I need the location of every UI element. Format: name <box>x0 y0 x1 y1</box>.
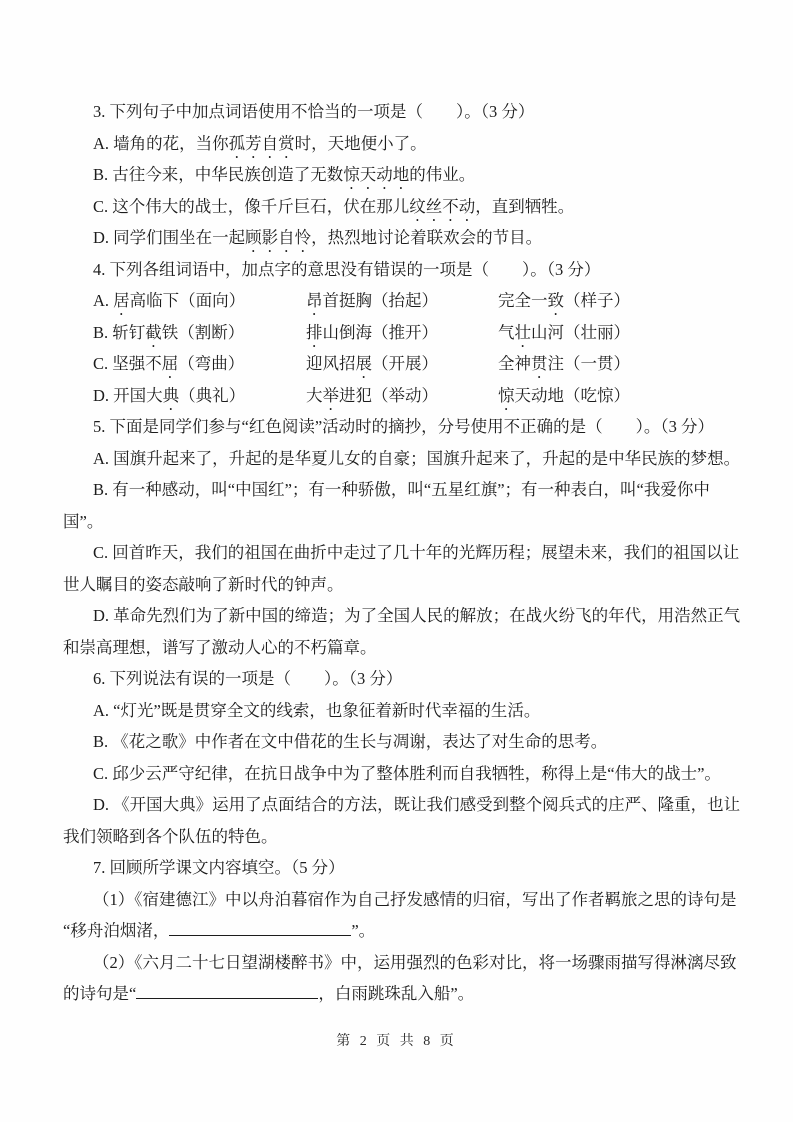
q6-option-b: B. 《花之歌》中作者在文中借花的生长与凋谢，表达了对生命的思考。 <box>63 726 753 758</box>
q5-option-b-line1: B. 有一种感动，叫“中国红”；有一种骄傲，叫“五星红旗”；有一种表白，叫“我爱… <box>63 474 753 506</box>
dotted-term: 壮 <box>515 323 532 342</box>
dotted-term: 纹丝不动 <box>409 197 475 216</box>
dotted-term: 居 <box>113 291 130 310</box>
q5-option-d-line1: D. 革命先烈们为了新中国的缔造；为了全国人民的解放；在战火纷飞的年代，用浩然正… <box>63 600 753 632</box>
q4-option-c: C. 坚强不屈（弯曲）迎风招展（开展）全神贯注（一贯） <box>63 348 753 380</box>
exam-page: 3. 下列句子中加点词语使用不恰当的一项是（ ）。（3 分）A. 墙角的花，当你… <box>0 0 793 1122</box>
q7-item2-line1: （2）《六月二十七日望湖楼醉书》中，运用强烈的色彩对比，将一场骤雨描写得淋漓尽致 <box>63 947 753 979</box>
q7-item2-line2: 的诗句是“，白雨跳珠乱入船”。 <box>63 978 753 1010</box>
q6-option-d-line1: D. 《开国大典》运用了点面结合的方法，既让我们感受到整个阅兵式的庄严、隆重，也… <box>63 789 753 821</box>
dotted-term: 屈 <box>162 354 179 373</box>
q3-option-b: B. 古往今来，中华民族创造了无数惊天动地的伟业。 <box>63 159 753 191</box>
q7-stem: 7. 回顾所学课文内容填空。（5 分） <box>63 852 753 884</box>
dotted-term: 惊天动地 <box>343 165 409 184</box>
q4-option-d: D. 开国大典（典礼）大举进犯（举动）惊天动地（吃惊） <box>63 380 753 412</box>
q5-option-a: A. 国旗升起来了，升起的是华夏儿女的自豪；国旗升起来了，升起的是中华民族的梦想… <box>63 443 753 475</box>
q4-option-b: B. 斩钉截铁（割断）排山倒海（推开）气壮山河（壮丽） <box>63 317 753 349</box>
q5-option-b-line2: 国”。 <box>63 506 753 538</box>
q7-item1-line2: “移舟泊烟渚，”。 <box>63 915 753 947</box>
answer-blank <box>136 982 318 1000</box>
q6-option-a: A. “灯光”既是贯穿全文的线索，也象征着新时代幸福的生活。 <box>63 695 753 727</box>
dotted-term: 惊 <box>498 386 515 405</box>
dotted-term: 致 <box>548 291 565 310</box>
q5-option-c-line2: 世人瞩目的姿态敲响了新时代的钟声。 <box>63 569 753 601</box>
q3-option-a: A. 墙角的花，当你孤芳自赏时，天地便小了。 <box>63 128 753 160</box>
q3-option-d: D. 同学们围坐在一起顾影自怜，热烈地讨论着联欢会的节目。 <box>63 222 753 254</box>
dotted-term: 截 <box>145 323 162 342</box>
q6-option-d-line2: 我们领略到各个队伍的特色。 <box>63 821 753 853</box>
q4-option-a: A. 居高临下（面向）昂首挺胸（抬起）完全一致（样子） <box>63 285 753 317</box>
q5-option-d-line2: 和崇高理想，谱写了激动人心的不朽篇章。 <box>63 632 753 664</box>
q5-stem: 5. 下面是同学们参与“红色阅读”活动时的摘抄，分号使用不正确的是（ ）。（3 … <box>63 411 753 443</box>
dotted-term: 孤芳自赏 <box>229 134 295 153</box>
q3-stem: 3. 下列句子中加点词语使用不恰当的一项是（ ）。（3 分） <box>63 96 753 128</box>
page-footer: 第 2 页 共 8 页 <box>0 1030 793 1050</box>
dotted-term: 昂 <box>306 291 323 310</box>
q6-option-c: C. 邱少云严守纪律，在抗日战争中为了整体胜利而自我牺牲，称得上是“伟大的战士”… <box>63 758 753 790</box>
dotted-term: 典 <box>163 386 180 405</box>
q4-stem: 4. 下列各组词语中，加点字的意思没有错误的一项是（ ）。（3 分） <box>63 254 753 286</box>
q3-option-c: C. 这个伟大的战士，像千斤巨石，伏在那儿纹丝不动，直到牺牲。 <box>63 191 753 223</box>
dotted-term: 举 <box>323 386 340 405</box>
dotted-term: 展 <box>356 354 373 373</box>
q7-item1-line1: （1）《宿建德江》中以舟泊暮宿作为自己抒发感情的归宿，写出了作者羁旅之思的诗句是 <box>63 884 753 916</box>
dotted-term: 排 <box>306 323 323 342</box>
answer-blank <box>169 919 351 937</box>
dotted-term: 贯 <box>531 354 548 373</box>
q5-option-c-line1: C. 回首昨天，我们的祖国在曲折中走过了几十年的光辉历程；展望未来，我们的祖国以… <box>63 537 753 569</box>
dotted-term: 顾影自怜 <box>245 228 311 247</box>
document-lines: 3. 下列句子中加点词语使用不恰当的一项是（ ）。（3 分）A. 墙角的花，当你… <box>0 0 793 1010</box>
q6-stem: 6. 下列说法有误的一项是（ ）。（3 分） <box>63 663 753 695</box>
